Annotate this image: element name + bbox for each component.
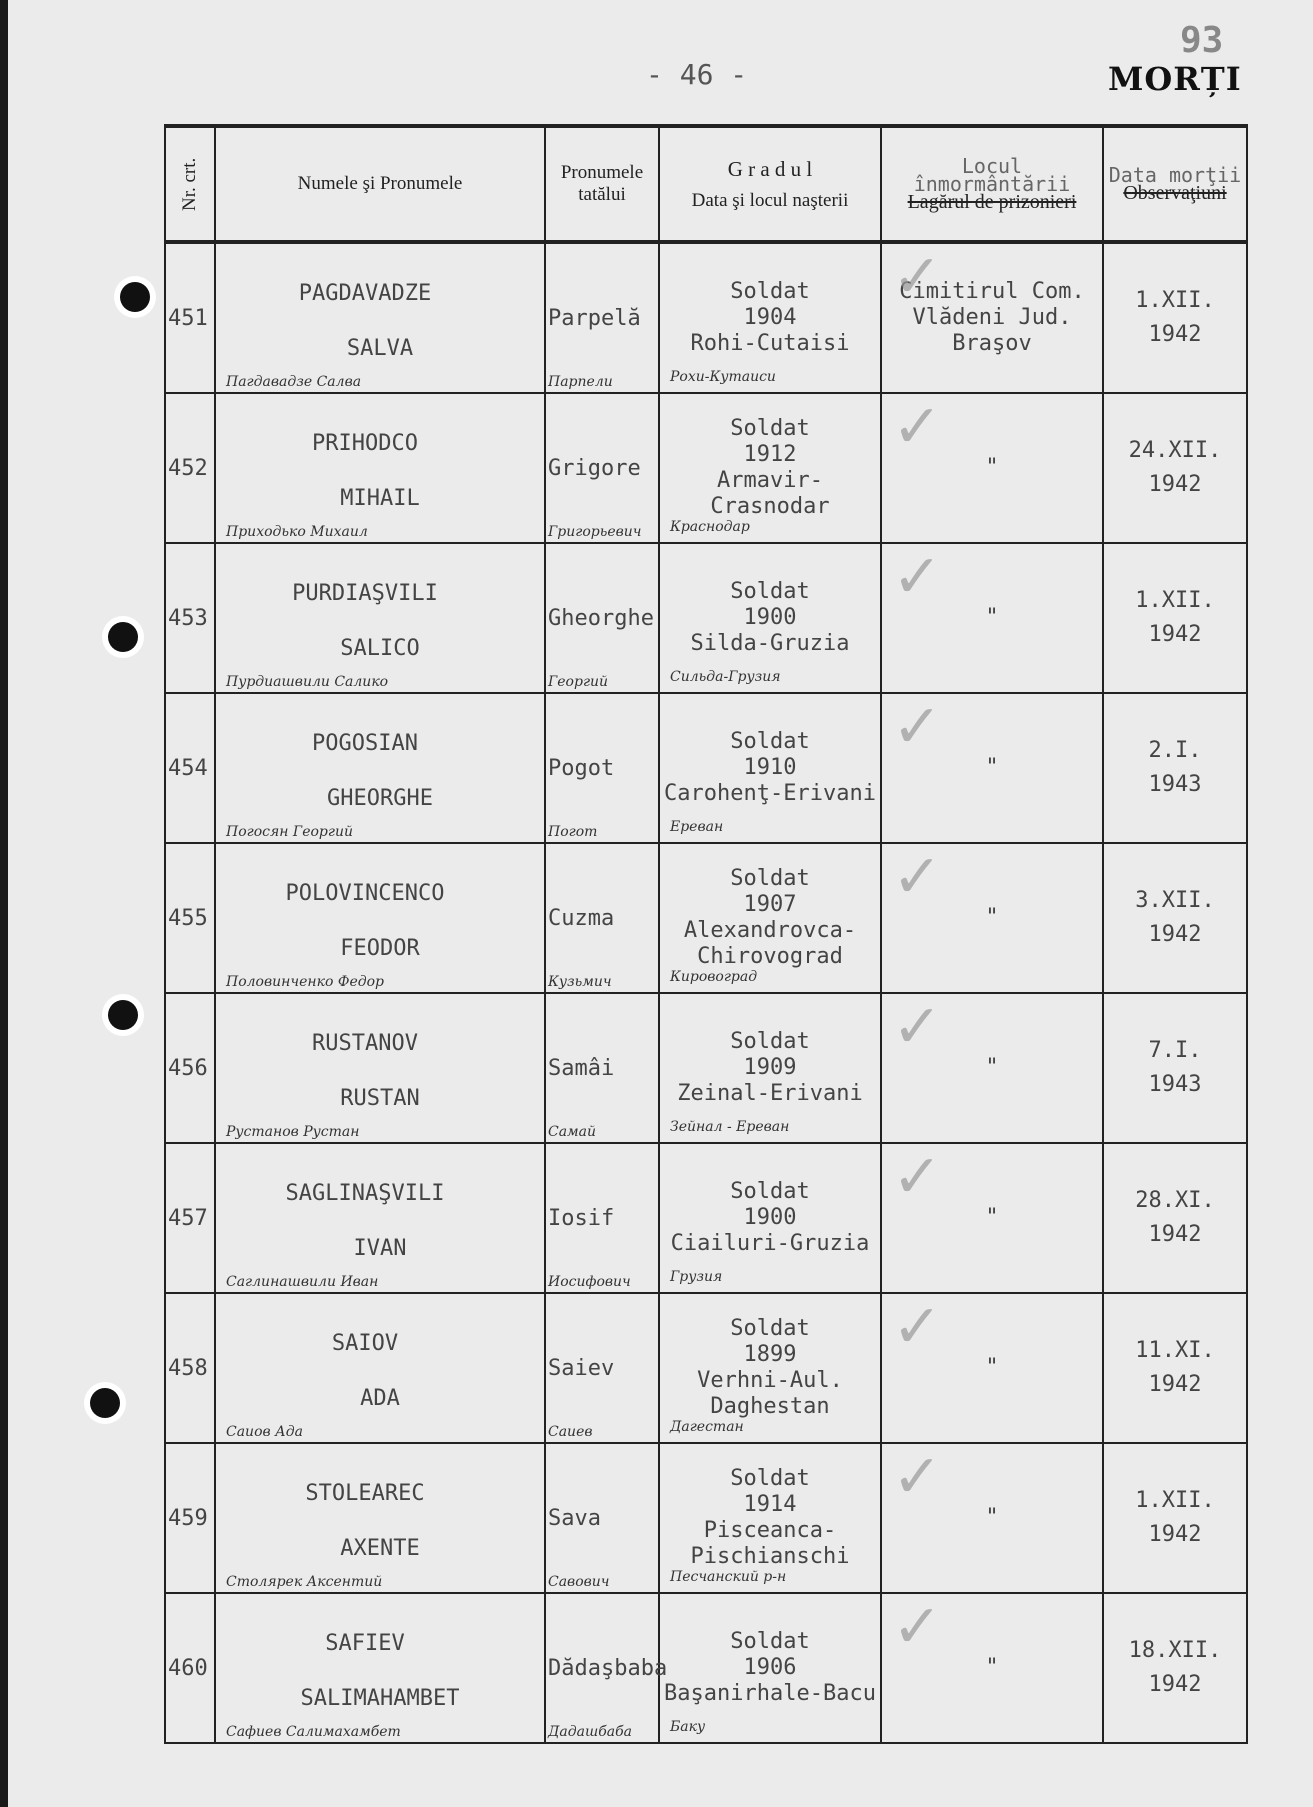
father-name: Cuzma [548,906,614,931]
table-row: 458 SAIOV ADA Саиов Ада Saiev Саиев Sold… [165,1293,1247,1443]
birth-year: 1900 [661,1205,879,1231]
row-number: 455 [165,843,215,993]
last-name: PRIHODCO [187,431,543,456]
table-row: 454 POGOSIAN GHEORGHE Погосян Георгий Po… [165,693,1247,843]
rank: Soldat [661,1316,879,1342]
row-rank-birth: Soldat 1900 Ciailuri-Gruzia Грузия [659,1143,881,1293]
handwritten-name: Рустанов Рустан [226,1124,359,1140]
handwritten-name: Половинченко Федор [226,974,384,990]
death-year: 1943 [1105,1068,1245,1102]
father-name: Dădaşbaba [548,1656,667,1681]
birth-year: 1900 [661,605,879,631]
row-number: 460 [165,1593,215,1743]
table-header-row: Nr. crt. Numele şi Pronumele Pronumele t… [165,126,1247,242]
row-death-date: 1.XII. 1942 [1103,1443,1247,1593]
handwritten-father: Григорьевич [548,524,642,540]
handwritten-father: Погот [548,824,597,840]
birth-year: 1904 [661,305,879,331]
handwritten-place: Дагестан [670,1414,744,1440]
row-father: Pogot Погот [545,693,659,843]
row-burial: ✓ " [881,543,1103,693]
death-year: 1942 [1105,918,1245,952]
row-death-date: 1.XII. 1942 [1103,543,1247,693]
last-name: RUSTANOV [187,1031,543,1056]
last-name: POGOSIAN [187,731,543,756]
checkmark-icon: ✓ [892,864,942,890]
checkmark-icon: ✓ [892,1164,942,1190]
row-father: Iosif Иосифович [545,1143,659,1293]
first-name: RUSTAN [217,1086,543,1111]
last-name: STOLEAREC [187,1481,543,1506]
folio-number: 93 [1180,20,1223,61]
handwritten-place: Баку [670,1714,705,1740]
father-name: Gheorghe [548,606,654,631]
col-father: Pronumele tatălui [545,126,659,242]
table-row: 455 POLOVINCENCO FEODOR Половинченко Фед… [165,843,1247,993]
row-rank-birth: Soldat 1900 Silda-Gruzia Сильда-Грузия [659,543,881,693]
row-death-date: 24.XII. 1942 [1103,393,1247,543]
row-number: 453 [165,543,215,693]
first-name: ADA [217,1386,543,1411]
row-death-date: 18.XII. 1942 [1103,1593,1247,1743]
rank: Soldat [661,1629,879,1655]
row-father: Saiev Саиев [545,1293,659,1443]
birth-year: 1910 [661,755,879,781]
row-burial: ✓ " [881,1443,1103,1593]
death-year: 1943 [1105,768,1245,802]
death-date: 24.XII. [1105,434,1245,468]
death-year: 1942 [1105,1218,1245,1252]
row-father: Sava Савович [545,1443,659,1593]
row-rank-birth: Soldat 1909 Zeinal-Erivani Зейнал - Ерев… [659,993,881,1143]
burial-place: " [985,605,998,630]
col-death-crossed: Observaţiuni [1105,184,1245,202]
birth-place: Başanirhale-Bacu [661,1681,879,1707]
row-name: POLOVINCENCO FEODOR Половинченко Федор [215,843,545,993]
handwritten-place: Ереван [670,814,723,840]
burial-place: " [985,755,998,780]
row-burial: ✓ " [881,1143,1103,1293]
table-row: 453 PURDIAŞVILI SALICO Пурдиашвили Салик… [165,543,1247,693]
death-year: 1942 [1105,1518,1245,1552]
birth-year: 1909 [661,1055,879,1081]
rank: Soldat [661,1179,879,1205]
handwritten-name: Саиов Ада [226,1424,303,1440]
handwritten-father: Саиев [548,1424,593,1440]
death-date: 18.XII. [1105,1634,1245,1668]
row-father: Samâi Самай [545,993,659,1143]
col-rank: G r a d u l Data şi locul naşterii [659,126,881,242]
birth-year: 1914 [661,1492,879,1518]
death-year: 1942 [1105,1368,1245,1402]
col-burial-crossed: Lagărul de prizonieri [883,193,1101,211]
birth-place: Zeinal-Erivani [661,1081,879,1107]
row-number: 459 [165,1443,215,1593]
first-name: SALVA [217,336,543,361]
row-death-date: 3.XII. 1942 [1103,843,1247,993]
death-date: 1.XII. [1105,1484,1245,1518]
row-name: PAGDAVADZE SALVA Пагдавадзе Салва [215,242,545,393]
punch-hole-icon [108,1000,138,1030]
row-burial: ✓ " [881,1593,1103,1743]
col-rank-sub: Data şi locul naşterii [661,190,879,212]
father-name: Parpelă [548,306,641,331]
checkmark-icon: ✓ [892,714,942,740]
first-name: FEODOR [217,936,543,961]
row-burial: ✓ " [881,1293,1103,1443]
row-death-date: 11.XI. 1942 [1103,1293,1247,1443]
birth-year: 1907 [661,892,879,918]
handwritten-name: Столярек Аксентий [226,1574,382,1590]
table-row: 460 SAFIEV SALIMAHAMBET Сафиев Салимахам… [165,1593,1247,1743]
row-death-date: 1.XII. 1942 [1103,242,1247,393]
scanned-page: 93 - 46 - MORȚI Nr. crt. Numele şi Pronu… [8,0,1313,1807]
col-death: Data morţii Observaţiuni [1103,126,1247,242]
handwritten-name: Приходько Михаил [226,524,368,540]
handwritten-place: Сильда-Грузия [670,664,781,690]
handwritten-father: Иосифович [548,1274,631,1290]
row-rank-birth: Soldat 1907 Alexandrovca-Chirovograd Кир… [659,843,881,993]
col-name: Numele şi Pronumele [215,126,545,242]
row-father: Gheorghe Георгий [545,543,659,693]
death-date: 28.XI. [1105,1184,1245,1218]
col-burial: Locul înmormântării Lagărul de prizonier… [881,126,1103,242]
checkmark-icon: ✓ [892,564,942,590]
death-year: 1942 [1105,618,1245,652]
burial-place: " [985,1355,998,1380]
handwritten-name: Пурдиашвили Салико [226,674,388,690]
row-name: PRIHODCO MIHAIL Приходько Михаил [215,393,545,543]
row-death-date: 7.I. 1943 [1103,993,1247,1143]
punch-hole-icon [120,282,150,312]
table-row: 456 RUSTANOV RUSTAN Рустанов Рустан Samâ… [165,993,1247,1143]
row-father: Parpelă Парпели [545,242,659,393]
rank: Soldat [661,279,879,305]
row-number: 458 [165,1293,215,1443]
father-name: Sava [548,1506,601,1531]
birth-place: Armavir-Crasnodar [661,468,879,520]
handwritten-name: Саглинашвили Иван [226,1274,378,1290]
row-rank-birth: Soldat 1910 Carohenţ-Erivani Ереван [659,693,881,843]
row-name: STOLEAREC AXENTE Столярек Аксентий [215,1443,545,1593]
birth-year: 1899 [661,1342,879,1368]
table-row: 457 SAGLINAŞVILI IVAN Саглинашвили Иван … [165,1143,1247,1293]
birth-place: Ciailuri-Gruzia [661,1231,879,1257]
handwritten-place: Кировоград [670,964,757,990]
birth-place: Alexandrovca-Chirovograd [661,918,879,970]
burial-place: " [985,1055,998,1080]
rank: Soldat [661,729,879,755]
death-year: 1942 [1105,1668,1245,1702]
first-name: MIHAIL [217,486,543,511]
section-title: MORȚI [1108,60,1242,98]
checkmark-icon: ✓ [892,1614,942,1640]
row-number: 452 [165,393,215,543]
last-name: PURDIAŞVILI [187,581,543,606]
death-date: 1.XII. [1105,584,1245,618]
handwritten-place: Краснодар [670,514,750,540]
last-name: SAGLINAŞVILI [187,1181,543,1206]
burial-place: " [985,455,998,480]
last-name: SAIOV [187,1331,543,1356]
burial-place: " [985,1205,998,1230]
row-name: POGOSIAN GHEORGHE Погосян Георгий [215,693,545,843]
burial-place: " [985,1655,998,1680]
birth-place: Pisceanca-Pischianschi [661,1518,879,1570]
burial-place: " [985,1505,998,1530]
handwritten-name: Пагдавадзе Салва [226,374,361,390]
checkmark-icon: ✓ [892,414,942,440]
row-burial: ✓ " [881,393,1103,543]
col-nr: Nr. crt. [165,126,215,242]
row-number: 454 [165,693,215,843]
birth-place: Silda-Gruzia [661,631,879,657]
handwritten-place: Грузия [670,1264,722,1290]
father-name: Pogot [548,756,614,781]
birth-year: 1912 [661,442,879,468]
rank: Soldat [661,866,879,892]
death-register-table: Nr. crt. Numele şi Pronumele Pronumele t… [164,124,1248,1744]
checkmark-icon: ✓ [892,264,942,290]
handwritten-place: Песчанский р-н [670,1564,786,1590]
handwritten-father: Парпели [548,374,613,390]
father-name: Grigore [548,456,641,481]
checkmark-icon: ✓ [892,1314,942,1340]
death-date: 1.XII. [1105,284,1245,318]
handwritten-father: Дадашбаба [548,1724,632,1740]
row-burial: ✓ " [881,843,1103,993]
row-rank-birth: Soldat 1904 Rohi-Cutaisi Рохи-Кутаиси [659,242,881,393]
row-number: 456 [165,993,215,1143]
first-name: GHEORGHE [217,786,543,811]
row-rank-birth: Soldat 1906 Başanirhale-Bacu Баку [659,1593,881,1743]
row-number: 451 [165,242,215,393]
table-row: 459 STOLEAREC AXENTE Столярек Аксентий S… [165,1443,1247,1593]
last-name: PAGDAVADZE [187,281,543,306]
row-death-date: 28.XI. 1942 [1103,1143,1247,1293]
death-date: 3.XII. [1105,884,1245,918]
row-name: PURDIAŞVILI SALICO Пурдиашвили Салико [215,543,545,693]
father-name: Iosif [548,1206,614,1231]
col-burial-title: Locul înmormântării [883,157,1101,193]
death-date: 2.I. [1105,734,1245,768]
row-name: RUSTANOV RUSTAN Рустанов Рустан [215,993,545,1143]
last-name: POLOVINCENCO [187,881,543,906]
checkmark-icon: ✓ [892,1464,942,1490]
row-name: SAFIEV SALIMAHAMBET Сафиев Салимахамбет [215,1593,545,1743]
first-name: SALIMAHAMBET [217,1686,543,1711]
table-row: 451 PAGDAVADZE SALVA Пагдавадзе Салва Pa… [165,242,1247,393]
checkmark-icon: ✓ [892,1014,942,1040]
table-row: 452 PRIHODCO MIHAIL Приходько Михаил Gri… [165,393,1247,543]
first-name: AXENTE [217,1536,543,1561]
row-rank-birth: Soldat 1899 Verhni-Aul. Daghestan Дагест… [659,1293,881,1443]
row-father: Dădaşbaba Дадашбаба [545,1593,659,1743]
father-name: Saiev [548,1356,614,1381]
first-name: IVAN [217,1236,543,1261]
burial-place: " [985,905,998,930]
birth-place: Rohi-Cutaisi [661,331,879,357]
handwritten-name: Погосян Георгий [226,824,353,840]
handwritten-father: Самай [548,1124,596,1140]
birth-place: Verhni-Aul. Daghestan [661,1368,879,1420]
rank: Soldat [661,1466,879,1492]
row-death-date: 2.I. 1943 [1103,693,1247,843]
rank: Soldat [661,1029,879,1055]
birth-place: Carohenţ-Erivani [661,781,879,807]
handwritten-place: Зейнал - Ереван [670,1114,789,1140]
rank: Soldat [661,416,879,442]
death-date: 11.XI. [1105,1334,1245,1368]
death-year: 1942 [1105,468,1245,502]
row-father: Grigore Григорьевич [545,393,659,543]
father-name: Samâi [548,1056,614,1081]
row-name: SAIOV ADA Саиов Ада [215,1293,545,1443]
col-rank-title: G r a d u l [661,157,879,182]
handwritten-father: Савович [548,1574,610,1590]
row-burial: ✓ Cimitirul Com. Vlădeni Jud. Braşov [881,242,1103,393]
death-year: 1942 [1105,318,1245,352]
handwritten-father: Кузьмич [548,974,612,990]
handwritten-place: Рохи-Кутаиси [670,364,776,390]
handwritten-name: Сафиев Салимахамбет [226,1724,401,1740]
row-name: SAGLINAŞVILI IVAN Саглинашвили Иван [215,1143,545,1293]
row-rank-birth: Soldat 1914 Pisceanca-Pischianschi Песча… [659,1443,881,1593]
rank: Soldat [661,579,879,605]
punch-hole-icon [108,622,138,652]
row-number: 457 [165,1143,215,1293]
row-father: Cuzma Кузьмич [545,843,659,993]
row-burial: ✓ " [881,693,1103,843]
death-date: 7.I. [1105,1034,1245,1068]
last-name: SAFIEV [187,1631,543,1656]
birth-year: 1906 [661,1655,879,1681]
row-burial: ✓ " [881,993,1103,1143]
first-name: SALICO [217,636,543,661]
page-number: - 46 - [646,58,747,91]
handwritten-father: Георгий [548,674,608,690]
punch-hole-icon [90,1388,120,1418]
row-rank-birth: Soldat 1912 Armavir-Crasnodar Краснодар [659,393,881,543]
